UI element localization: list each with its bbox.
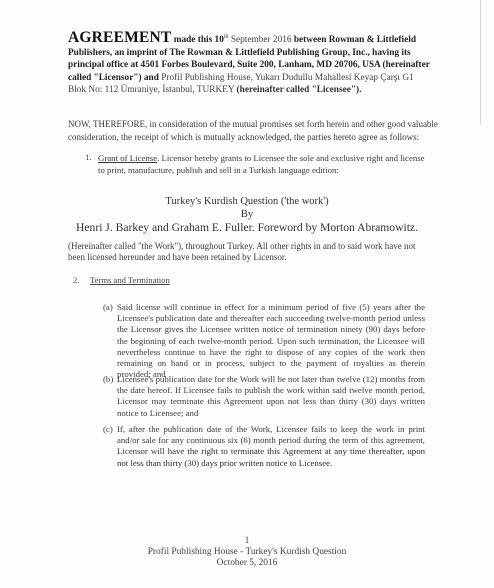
clause-label: (b): [103, 374, 117, 419]
clause-text: If, after the publication date of the Wo…: [117, 424, 425, 469]
work-by: By: [60, 209, 434, 220]
footer-title: Profil Publishing House - Turkey's Kurdi…: [60, 547, 434, 559]
clause-b: (b) Licensee's publication date for the …: [103, 374, 425, 419]
clause-text: Licensee's publication date for the Work…: [117, 374, 425, 419]
clause-a: (a) Said license will continue in effect…: [103, 302, 425, 380]
page-number: 1: [60, 536, 434, 548]
section-2-number: 2.: [73, 275, 79, 285]
now-therefore-clause: NOW, THEREFORE, in consideration of the …: [68, 118, 448, 143]
clause-label: (a): [103, 302, 117, 380]
document-page: AGREEMENT made this 10th September 2016 …: [0, 0, 494, 588]
section-1-title: Grant of License: [98, 153, 157, 163]
section-1-grant-of-license: Grant of License. Licensor hereby grants…: [98, 152, 428, 176]
clause-label: (c): [103, 424, 117, 469]
agreement-intro: AGREEMENT made this 10th September 2016 …: [68, 31, 433, 97]
section-1-number: 1.: [85, 152, 92, 162]
work-title: Turkey's Kurdish Question ('the work'): [60, 196, 434, 207]
footer-date: October 5, 2016: [60, 558, 434, 570]
work-authors: Henri J. Barkey and Graham E. Fuller. Fo…: [60, 221, 434, 234]
clause-text: Said license will continue in effect for…: [117, 302, 425, 380]
scan-edge-line: [480, 0, 481, 125]
clause-c: (c) If, after the publication date of th…: [103, 424, 425, 469]
section-2-title: Terms and Termination: [90, 275, 170, 285]
hereinafter-clause: (Hereinafter called "the Work"), through…: [68, 241, 433, 263]
agreement-heading: AGREEMENT: [68, 29, 171, 46]
